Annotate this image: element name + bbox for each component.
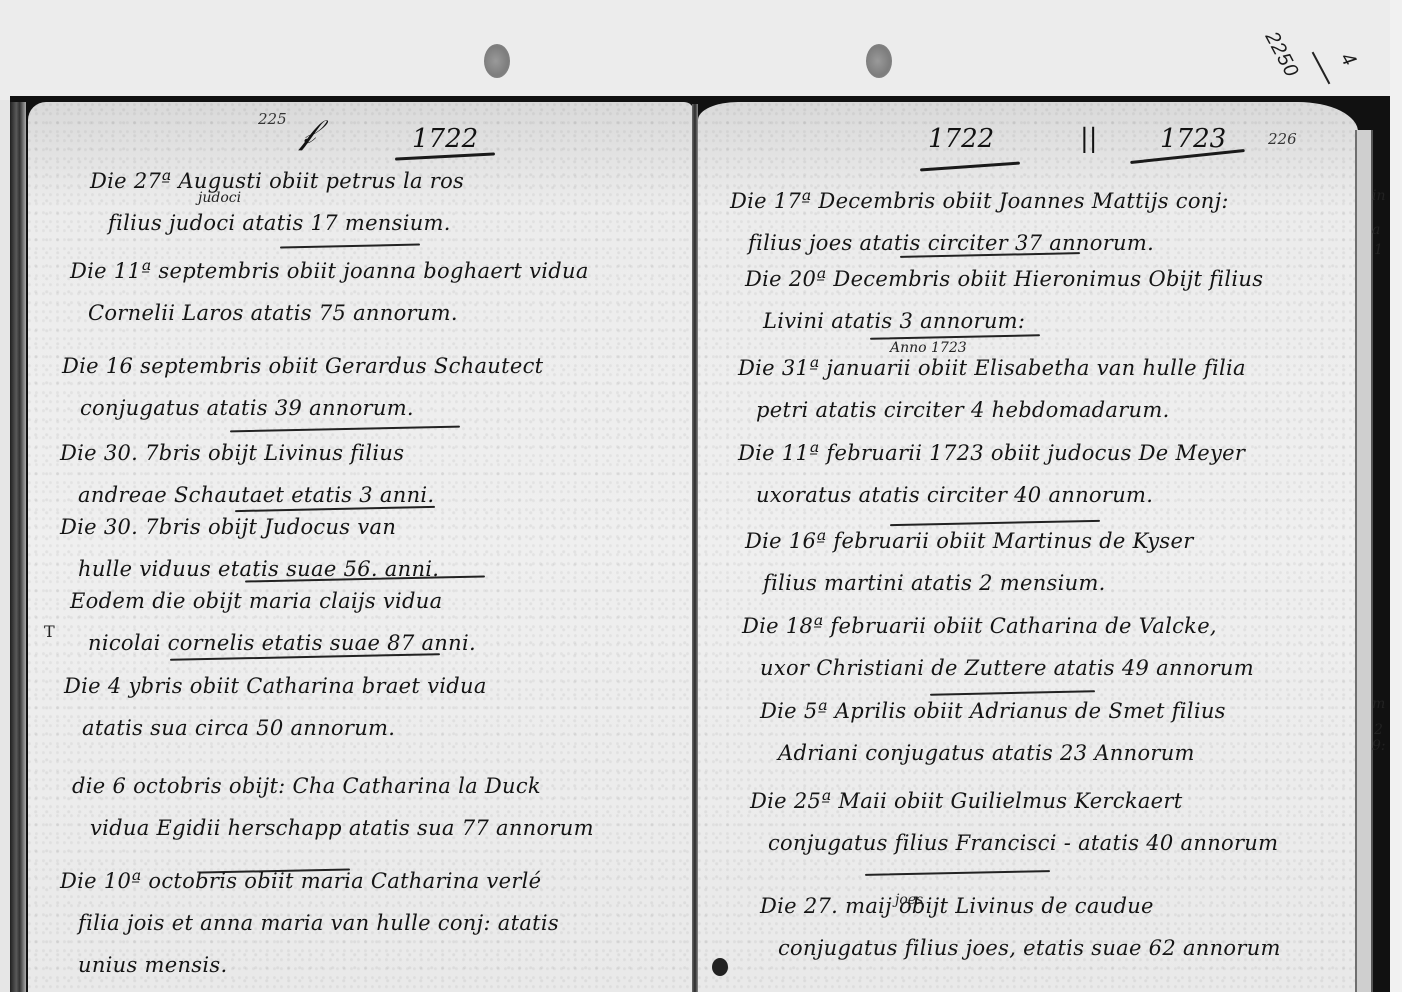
register-entry: Eodem die obijt maria claijs vidua nicol… (70, 580, 476, 664)
book-binding-edge (10, 102, 26, 992)
margin-mark: m (1372, 696, 1385, 712)
punch-hole-right (866, 44, 892, 78)
register-entry: Die 10ª octobris obiit maria Catharina v… (60, 860, 559, 986)
margin-mark: in (1372, 188, 1386, 204)
left-folio-number: 225 (258, 110, 287, 128)
left-year-heading: 1722 (412, 124, 478, 154)
archive-reference-sub: 4 (1335, 49, 1360, 70)
register-entry: Die 27ª Augusti obiit petrus la ros fili… (90, 160, 464, 244)
fraction-bar (1312, 52, 1331, 85)
right-year-heading-right: 1723 (1160, 124, 1226, 154)
register-entry: Die 11ª februarii 1723 obiit judocus De … (738, 432, 1245, 516)
register-entry: Die 11ª septembris obiit joanna boghaert… (70, 250, 589, 334)
margin-mark: a (1372, 222, 1380, 238)
margin-mark-t: T (44, 622, 55, 641)
interlinear-insertion: judoci (198, 190, 241, 206)
register-entry: Die 30. 7bris obijt Livinus filius andre… (60, 432, 434, 516)
register-entry: Die 31ª januarii obiit Elisabetha van hu… (738, 347, 1246, 431)
register-entry: Die 20ª Decembris obiit Hieronimus Obijt… (745, 258, 1263, 342)
page-edge-lines (1355, 130, 1373, 992)
margin-mark: 1 (1374, 242, 1383, 258)
register-entry: Die 5ª Aprilis obiit Adrianus de Smet fi… (760, 690, 1226, 774)
paragraph-flourish: 𝒻 (300, 112, 315, 152)
register-entry: Die 16 septembris obiit Gerardus Schaute… (62, 345, 543, 429)
archive-reference: 2250 4 (1262, 18, 1372, 88)
margin-mark: 9: (1372, 738, 1386, 754)
register-entry: Die 25ª Maii obiit Guilielmus Kerckaert … (750, 780, 1278, 864)
archive-reference-number: 2250 (1260, 28, 1303, 82)
scan-sheet-margin (0, 0, 1390, 100)
register-entry: Die 16ª februarii obiit Martinus de Kyse… (745, 520, 1194, 604)
punch-hole-left (484, 44, 510, 78)
right-year-heading-left: 1722 (928, 124, 994, 154)
register-entry: Die 27. maij obijt Livinus de caudue con… (760, 885, 1281, 969)
scan-sheet-edge (1390, 0, 1402, 992)
register-entry: Die 18ª februarii obiit Catharina de Val… (742, 605, 1254, 689)
ink-blot (712, 958, 728, 976)
register-entry: Die 4 ybris obiit Catharina braet vidua … (64, 665, 487, 749)
year-heading-separator: || (1080, 124, 1098, 154)
register-entry: Die 17ª Decembris obiit Joannes Mattijs … (730, 180, 1229, 264)
register-entry: die 6 octobris obijt: Cha Catharina la D… (72, 765, 594, 849)
book-gutter (692, 104, 698, 992)
margin-mark: 2 (1374, 722, 1383, 738)
right-folio-number: 226 (1268, 130, 1297, 148)
